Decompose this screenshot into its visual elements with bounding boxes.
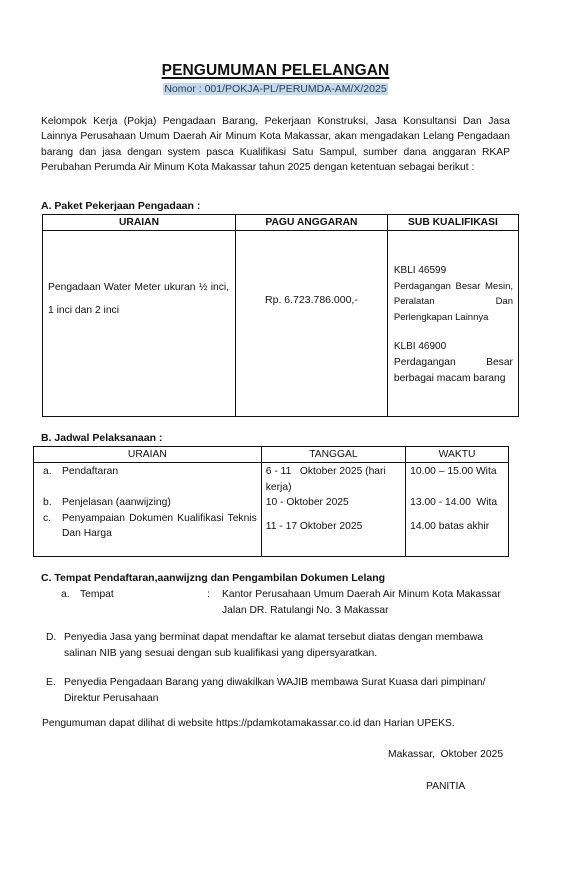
date-value: 6 - 11 Oktober 2025 (hari kerja): [266, 464, 401, 495]
date-value: 10 - Oktober 2025: [266, 495, 401, 519]
table-row: a. Pendaftaran b. Penjelasan (aanwijzing…: [34, 463, 509, 557]
kbli-group: KLBI 46900 Perdagangan Besar berbagai ma…: [394, 339, 513, 387]
cell-waktu: 10.00 – 15.00 Wita 13.00 - 14.00 Wita 14…: [406, 463, 509, 557]
document-number-wrap: Nomor : 001/POKJA-PL/PERUMDA-AM/X/2025: [0, 83, 551, 95]
column-header-waktu: WAKTU: [406, 447, 509, 463]
item-text: Penyedia Pengadaan Barang yang diwakilka…: [64, 675, 514, 707]
kbli-description: Perdagangan Besar berbagai macam barang: [394, 355, 513, 387]
intro-paragraph: Kelompok Kerja (Pokja) Pengadaan Barang,…: [41, 114, 510, 176]
cell-tanggal: 6 - 11 Oktober 2025 (hari kerja) 10 - Ok…: [261, 463, 405, 557]
section-b-heading: B. Jadwal Pelaksanaan :: [41, 432, 162, 444]
time-value: 10.00 – 15.00 Wita: [410, 464, 506, 495]
document-number: Nomor : 001/POKJA-PL/PERUMDA-AM/X/2025: [163, 83, 387, 95]
item-text: Penjelasan (aanwijzing): [62, 495, 257, 511]
signature-panitia: PANITIA: [426, 781, 465, 792]
cell-sub-kualifikasi: KBLI 46599 Perdagangan Besar Mesin, Pera…: [387, 231, 518, 417]
city-date: Makassar, Oktober 2025: [388, 749, 503, 760]
schedule-dates: 6 - 11 Oktober 2025 (hari kerja) 10 - Ok…: [262, 463, 405, 535]
schedule-table: URAIAN TANGGAL WAKTU a. Pendaftaran b. P…: [33, 446, 509, 557]
address-line-2: Jalan DR. Ratulangi No. 3 Makassar: [222, 603, 501, 619]
column-header-uraian: URAIAN: [34, 447, 262, 463]
budget-value: Rp. 6.723.786.000,-: [236, 231, 387, 306]
kbli-code: KLBI 46900: [394, 339, 513, 355]
section-e: E. Penyedia Pengadaan Barang yang diwaki…: [46, 675, 514, 707]
address-line-1: Kantor Perusahaan Umum Daerah Air Minum …: [222, 587, 501, 603]
table-header-row: URAIAN PAGU ANGGARAN SUB KUALIFIKASI: [43, 215, 519, 231]
schedule-item: b. Penjelasan (aanwijzing): [43, 495, 257, 511]
website-note: Pengumuman dapat dilihat di website http…: [42, 718, 455, 729]
item-text: Pendaftaran: [62, 464, 257, 495]
document-title: PENGUMUMAN PELELANGAN: [0, 62, 551, 80]
schedule-times: 10.00 – 15.00 Wita 13.00 - 14.00 Wita 14…: [406, 463, 508, 535]
package-description: Pengadaan Water Meter ukuran ½ inci, 1 i…: [43, 231, 235, 322]
item-label: E.: [46, 675, 64, 707]
schedule-item: a. Pendaftaran: [43, 464, 257, 495]
time-value: 14.00 batas akhir: [410, 519, 506, 535]
colon: :: [207, 587, 222, 618]
kbli-code: KBLI 46599: [394, 263, 513, 279]
cell-uraian: Pengadaan Water Meter ukuran ½ inci, 1 i…: [43, 231, 236, 417]
section-a-heading: A. Paket Pekerjaan Pengadaan :: [41, 200, 200, 212]
item-label: a.: [61, 587, 80, 618]
item-label: c.: [43, 511, 62, 542]
item-text: Penyedia Jasa yang berminat dapat mendaf…: [64, 630, 514, 662]
kbli-description: Perdagangan Besar Mesin, Peralatan Dan P…: [394, 279, 513, 326]
column-header-pagu: PAGU ANGGARAN: [236, 215, 388, 231]
schedule-items: a. Pendaftaran b. Penjelasan (aanwijzing…: [34, 463, 261, 542]
schedule-item: c. Penyampaian Dokumen Kualifikasi Tekni…: [43, 511, 257, 542]
item-text: Penyampaian Dokumen Kualifikasi Teknis D…: [62, 511, 257, 542]
item-label: b.: [43, 495, 62, 511]
table-row: Pengadaan Water Meter ukuran ½ inci, 1 i…: [43, 231, 519, 417]
column-header-tanggal: TANGGAL: [261, 447, 405, 463]
procurement-package-table: URAIAN PAGU ANGGARAN SUB KUALIFIKASI Pen…: [42, 214, 519, 417]
location-address: Kantor Perusahaan Umum Daerah Air Minum …: [222, 587, 501, 618]
location-label: Tempat: [80, 587, 207, 618]
column-header-sub-kualifikasi: SUB KUALIFIKASI: [387, 215, 518, 231]
cell-pagu: Rp. 6.723.786.000,-: [236, 231, 388, 417]
section-d: D. Penyedia Jasa yang berminat dapat men…: [46, 630, 514, 662]
cell-uraian: a. Pendaftaran b. Penjelasan (aanwijzing…: [34, 463, 262, 557]
table-header-row: URAIAN TANGGAL WAKTU: [34, 447, 509, 463]
section-c-heading: C. Tempat Pendaftaran,aanwijzng dan Peng…: [41, 572, 385, 584]
item-label: D.: [46, 630, 64, 662]
time-value: 13.00 - 14.00 Wita: [410, 495, 506, 519]
item-label: a.: [43, 464, 62, 495]
column-header-uraian: URAIAN: [43, 215, 236, 231]
date-value: 11 - 17 Oktober 2025: [266, 519, 401, 535]
kbli-list: KBLI 46599 Perdagangan Besar Mesin, Pera…: [388, 231, 518, 387]
location-row: a. Tempat : Kantor Perusahaan Umum Daera…: [61, 587, 501, 618]
